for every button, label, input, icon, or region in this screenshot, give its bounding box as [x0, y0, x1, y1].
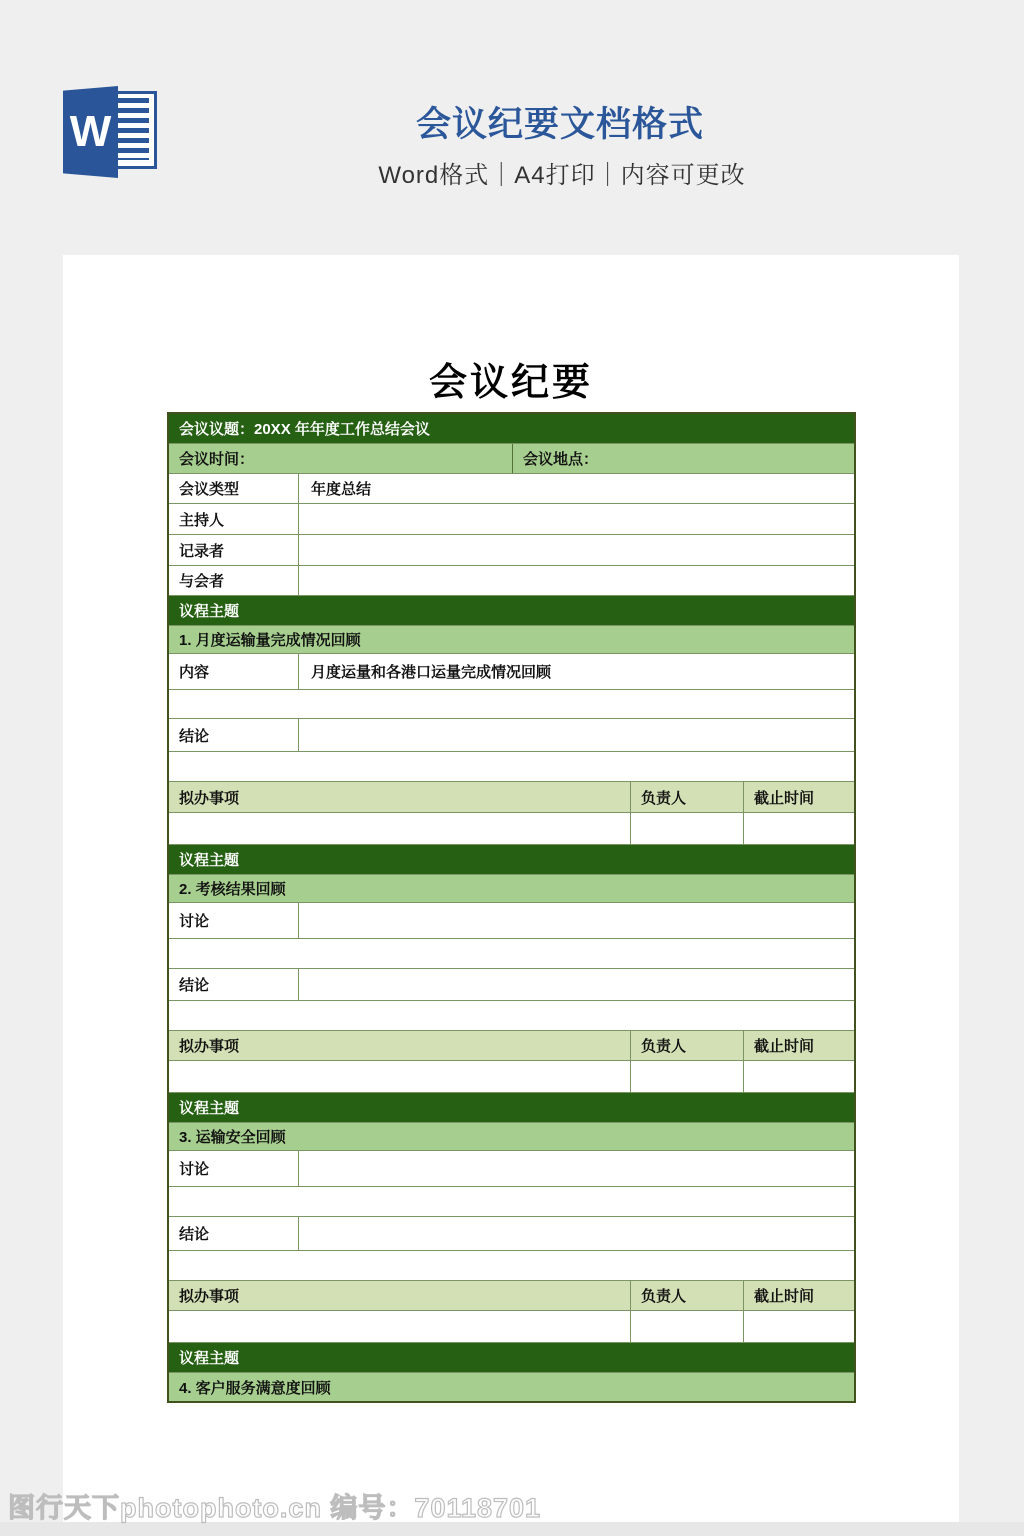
table-deadline-header: 截止时间: [744, 1031, 854, 1060]
table-label-cell: 主持人: [169, 504, 299, 534]
table-action-items-empty-cell: [169, 1061, 631, 1092]
table-owner-empty-cell: [631, 813, 744, 844]
table-owner-header: 负责人: [631, 1031, 744, 1060]
watermark-text: 图行天下photophoto.cn 编号：70118701: [8, 1486, 541, 1525]
word-logo-text-lines: [115, 98, 149, 160]
table-action-header-row: 拟办事项负责人截止时间: [169, 782, 854, 813]
table-section-header-row: 议程主题: [169, 1093, 854, 1123]
table-empty-row: [169, 1001, 854, 1031]
table-label-row: 主持人: [169, 504, 854, 535]
table-section-header-row: 议程主题: [169, 845, 854, 875]
table-label-cell: 与会者: [169, 566, 299, 595]
table-section-header-row: 议程主题: [169, 1343, 854, 1373]
table-deadline-empty-cell: [744, 1311, 854, 1342]
table-empty-row: [169, 939, 854, 969]
page-subtitle: Word格式｜A4打印｜内容可更改: [378, 155, 745, 190]
table-label-row: 会议类型年度总结: [169, 474, 854, 504]
document-title: 会议纪要: [63, 351, 959, 406]
table-label-row: 内容月度运量和各港口运量完成情况回顾: [169, 654, 854, 690]
table-value-cell: 年度总结: [299, 478, 854, 499]
table-label-cell: 会议类型: [169, 474, 299, 503]
table-label-row: 与会者: [169, 566, 854, 596]
table-section-header-row: 会议议题：20XX 年年度工作总结会议: [169, 414, 854, 444]
table-action-header-row: 拟办事项负责人截止时间: [169, 1031, 854, 1061]
table-label-row: 结论: [169, 719, 854, 752]
table-action-header-row: 拟办事项负责人截止时间: [169, 1281, 854, 1311]
table-section-header-row: 议程主题: [169, 596, 854, 626]
table-empty-row: [169, 1251, 854, 1281]
word-logo-letter: W: [70, 107, 112, 157]
table-label-row: 讨论: [169, 1151, 854, 1187]
table-action-empty-row: [169, 813, 854, 845]
table-label-cell: 讨论: [169, 1151, 299, 1186]
table-action-items-header: 拟办事项: [169, 1281, 631, 1310]
table-topic-row: 4. 客户服务满意度回顾: [169, 1373, 854, 1401]
table-empty-row: [169, 1187, 854, 1217]
table-action-items-empty-cell: [169, 1311, 631, 1342]
word-logo: W: [63, 86, 157, 178]
table-label-cell: 结论: [169, 719, 299, 751]
table-label-row: 结论: [169, 969, 854, 1001]
table-action-empty-row: [169, 1311, 854, 1343]
table-owner-empty-cell: [631, 1311, 744, 1342]
table-deadline-empty-cell: [744, 1061, 854, 1092]
table-deadline-header: 截止时间: [744, 1281, 854, 1310]
table-topic-row: 2. 考核结果回顾: [169, 875, 854, 903]
table-deadline-header: 截止时间: [744, 782, 854, 812]
table-owner-empty-cell: [631, 1061, 744, 1092]
table-label-cell: 结论: [169, 1217, 299, 1250]
meeting-minutes-table: 会议议题：20XX 年年度工作总结会议会议时间：会议地点：会议类型年度总结主持人…: [167, 412, 856, 1403]
table-label-cell: 内容: [169, 654, 299, 689]
table-action-items-header: 拟办事项: [169, 782, 631, 812]
table-action-items-header: 拟办事项: [169, 1031, 631, 1060]
table-label-row: 讨论: [169, 903, 854, 939]
table-time-cell: 会议时间：: [169, 444, 513, 473]
document-page-preview: 会议纪要 会议议题：20XX 年年度工作总结会议会议时间：会议地点：会议类型年度…: [63, 255, 959, 1522]
table-label-cell: 记录者: [169, 535, 299, 565]
table-time-location-row: 会议时间：会议地点：: [169, 444, 854, 474]
table-owner-header: 负责人: [631, 782, 744, 812]
table-topic-row: 3. 运输安全回顾: [169, 1123, 854, 1151]
table-label-cell: 讨论: [169, 903, 299, 938]
table-label-cell: 结论: [169, 969, 299, 1000]
table-value-cell: 月度运量和各港口运量完成情况回顾: [299, 661, 854, 682]
table-location-cell: 会议地点：: [513, 448, 854, 469]
table-empty-row: [169, 752, 854, 782]
table-action-items-empty-cell: [169, 813, 631, 844]
table-label-row: 记录者: [169, 535, 854, 566]
table-action-empty-row: [169, 1061, 854, 1093]
table-topic-row: 1. 月度运输量完成情况回顾: [169, 626, 854, 654]
table-empty-row: [169, 690, 854, 719]
table-label-row: 结论: [169, 1217, 854, 1251]
table-deadline-empty-cell: [744, 813, 854, 844]
word-logo-w-panel: W: [63, 86, 118, 178]
page-title: 会议纪要文档格式: [416, 97, 704, 147]
table-owner-header: 负责人: [631, 1281, 744, 1310]
